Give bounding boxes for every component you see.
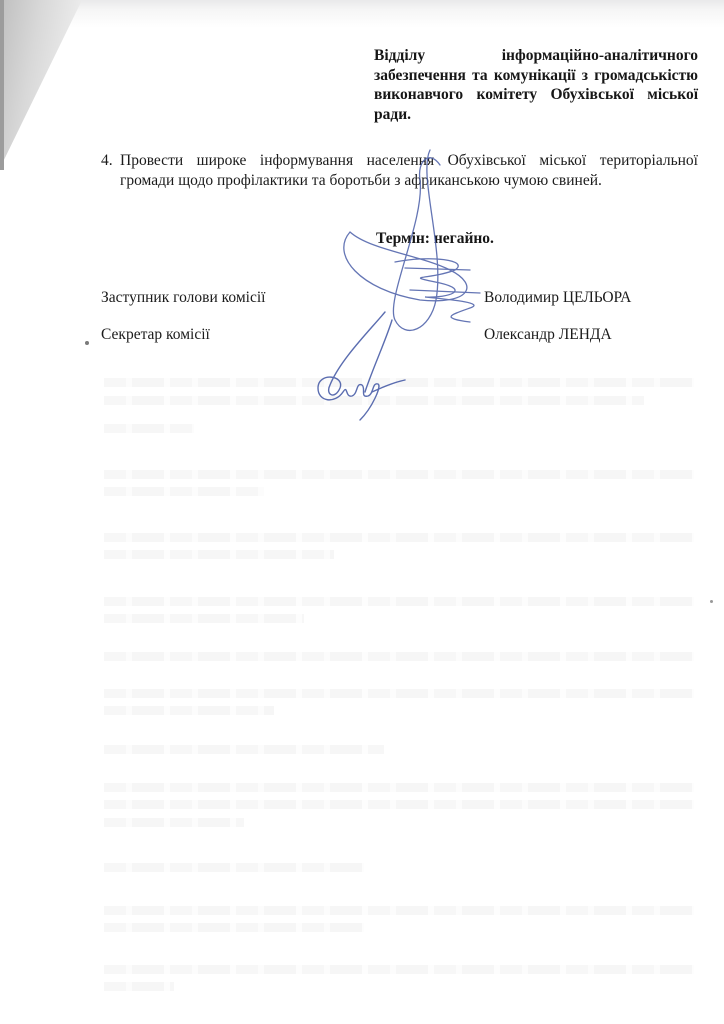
signatory-name: Олександр ЛЕНДА — [484, 326, 612, 344]
list-item: 4. Провести широке інформування населенн… — [101, 151, 698, 190]
document-page: Відділу інформаційно-аналітичного забезп… — [0, 0, 724, 1024]
folded-corner — [0, 0, 90, 170]
deadline: Термін: негайно. — [376, 230, 494, 248]
item-number: 4. — [101, 151, 113, 171]
signatory-role: Заступник голови комісії — [101, 289, 265, 307]
addressee-block: Відділу інформаційно-аналітичного забезп… — [374, 46, 698, 124]
page-edge-shadow — [0, 0, 4, 170]
item-text: Провести широке інформування населення О… — [120, 151, 698, 190]
signatory-role: Секретар комісії — [101, 326, 210, 344]
signatory-name: Володимир ЦЕЛЬОРА — [484, 289, 631, 307]
